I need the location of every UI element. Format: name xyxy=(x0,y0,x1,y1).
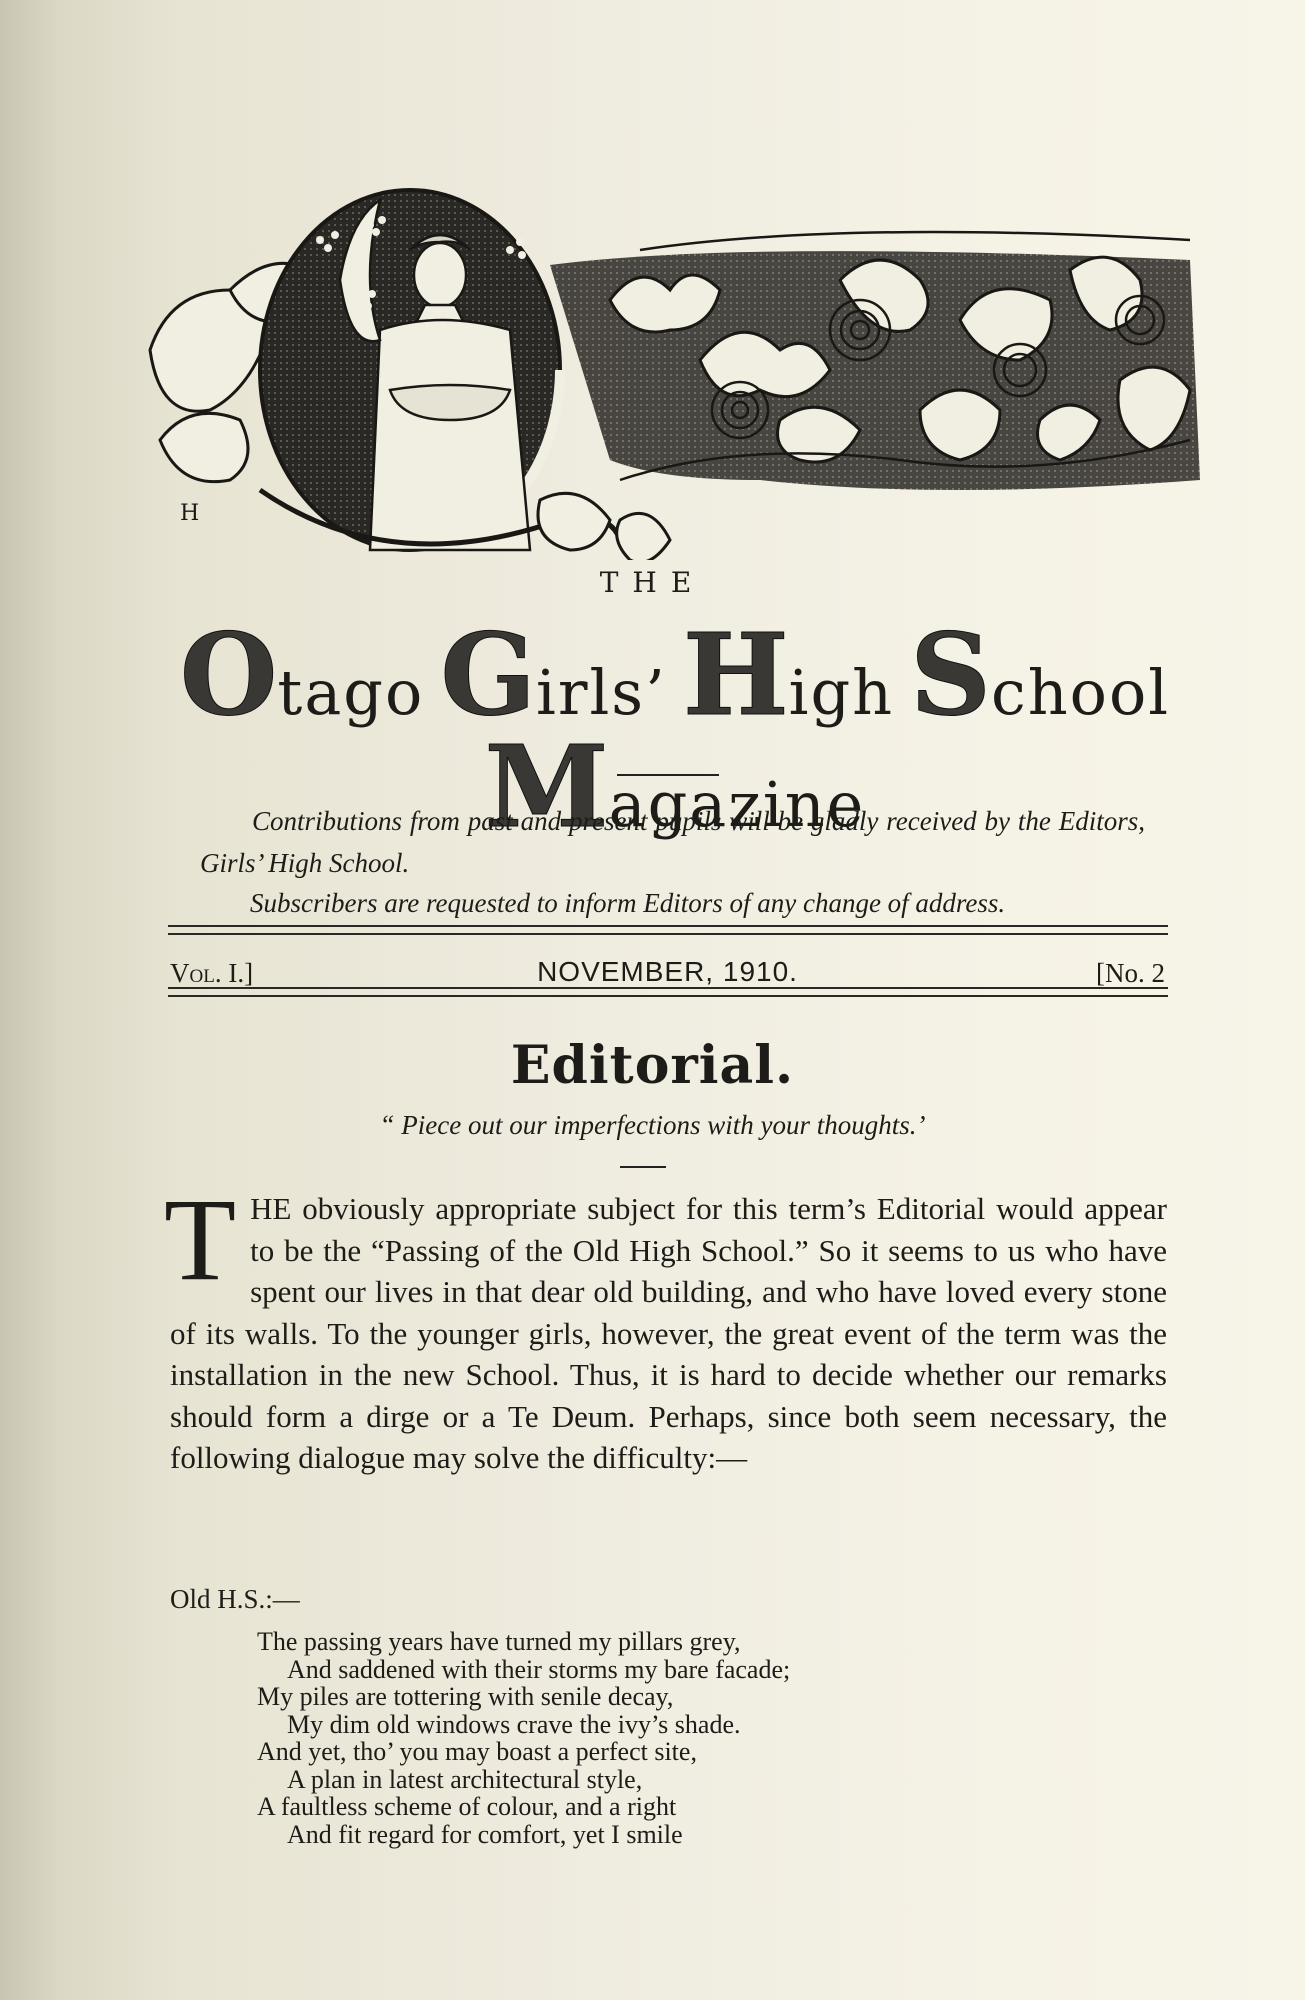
masthead-the: THE xyxy=(0,566,1305,599)
section-divider xyxy=(620,1166,666,1168)
svg-text:H: H xyxy=(180,501,199,526)
poem-line: My dim old windows crave the ivy’s shade… xyxy=(257,1711,790,1739)
epigraph: “ Piece out our imperfections with your … xyxy=(0,1110,1305,1141)
title-word-girls: Girls’ xyxy=(440,620,666,732)
masthead-divider xyxy=(617,774,719,776)
drop-cap: T xyxy=(164,1192,236,1288)
subscribers-notice: Subscribers are requested to inform Edit… xyxy=(250,888,1170,919)
poem-line: My piles are tottering with senile decay… xyxy=(257,1683,790,1711)
poem-line: A plan in latest architectural style, xyxy=(257,1766,790,1794)
title-word-otago: Otago xyxy=(180,620,424,732)
masthead-title: Otago Girls’ High School Magazine xyxy=(150,620,1200,760)
issue-number: [No. 2 xyxy=(1096,958,1165,989)
poem-line: And yet, tho’ you may boast a perfect si… xyxy=(257,1738,790,1766)
poem-line: And fit regard for comfort, yet I smile xyxy=(257,1821,790,1849)
editorial-body: THE obviously appropriate subject for th… xyxy=(170,1188,1167,1479)
poem-line: A faultless scheme of colour, and a righ… xyxy=(257,1793,790,1821)
headpiece-ornament: H xyxy=(140,180,1210,560)
contributions-notice: Contributions from past and present pupi… xyxy=(200,800,1145,884)
poem: The passing years have turned my pillars… xyxy=(257,1628,790,1848)
dialogue-speaker: Old H.S.:— xyxy=(170,1584,300,1615)
editorial-text: HE obviously appropriate subject for thi… xyxy=(170,1191,1167,1475)
double-rule-top xyxy=(168,925,1168,935)
section-heading: Editorial. xyxy=(0,1035,1305,1096)
double-rule-bottom xyxy=(168,987,1168,997)
poem-line: The passing years have turned my pillars… xyxy=(257,1628,790,1656)
poem-line: And saddened with their storms my bare f… xyxy=(257,1656,790,1684)
issue-date: NOVEMBER, 1910. xyxy=(170,956,1165,988)
floral-ornament-icon: H xyxy=(140,180,1210,560)
title-word-high: High xyxy=(683,620,894,732)
title-word-school: School xyxy=(910,620,1170,732)
